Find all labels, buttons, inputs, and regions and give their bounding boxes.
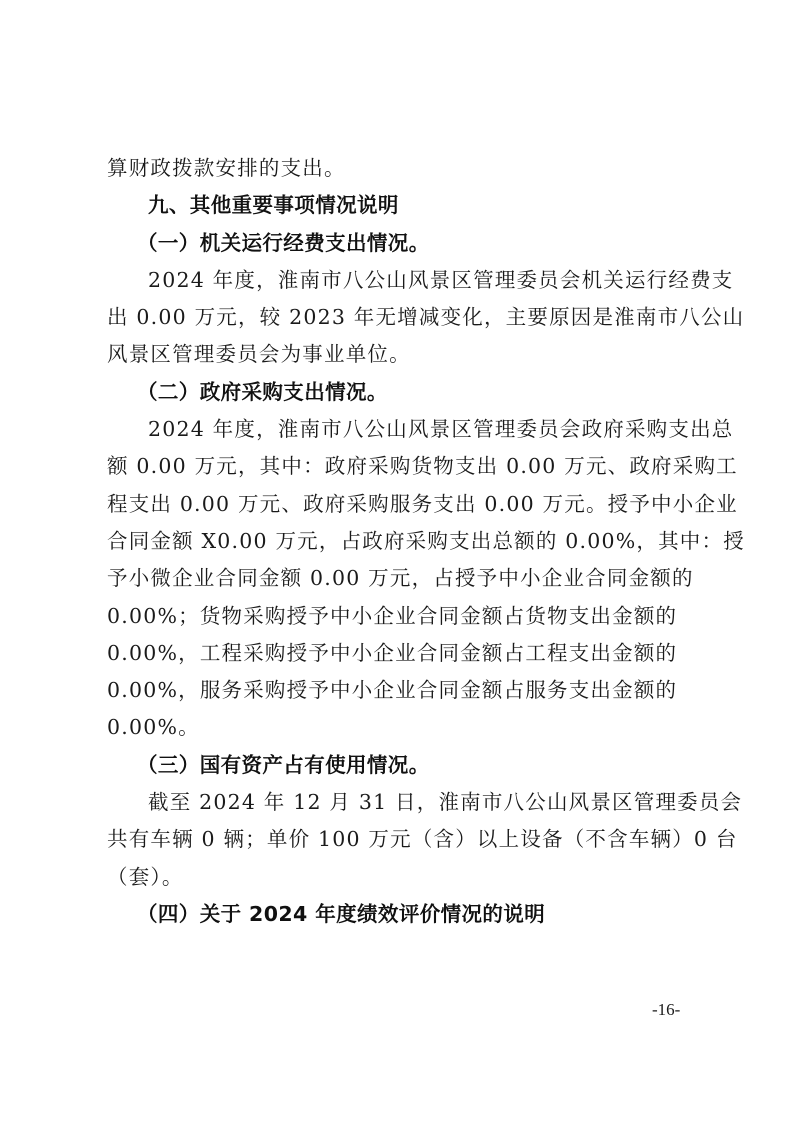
body-line: 0.00%；货物采购授予中小企业合同金额占货物支出金额的 <box>107 598 693 635</box>
body-line: 算财政拨款安排的支出。 <box>107 150 693 187</box>
sub-heading-performance-evaluation: （四）关于 2024 年度绩效评价情况的说明 <box>107 896 693 933</box>
body-line: 风景区管理委员会为事业单位。 <box>107 336 693 373</box>
body-line: 额 0.00 万元，其中：政府采购货物支出 0.00 万元、政府采购工 <box>107 448 693 485</box>
body-line: 0.00%，服务采购授予中小企业合同金额占服务支出金额的 <box>107 672 693 709</box>
body-line: 予小微企业合同金额 0.00 万元，占授予中小企业合同金额的 <box>107 560 693 597</box>
body-line: 0.00%。 <box>107 709 693 746</box>
body-line: 0.00%，工程采购授予中小企业合同金额占工程支出金额的 <box>107 635 693 672</box>
sub-heading-government-procurement: （二）政府采购支出情况。 <box>107 374 693 411</box>
body-line: 共有车辆 0 辆；单价 100 万元（含）以上设备（不含车辆）0 台 <box>107 821 693 858</box>
body-line: 出 0.00 万元，较 2023 年无增减变化，主要原因是淮南市八公山 <box>107 299 693 336</box>
document-page: 算财政拨款安排的支出。 九、其他重要事项情况说明 （一）机关运行经费支出情况。 … <box>107 150 693 933</box>
section-heading-other-matters: 九、其他重要事项情况说明 <box>107 187 693 224</box>
body-line: 2024 年度，淮南市八公山风景区管理委员会政府采购支出总 <box>107 411 693 448</box>
body-line: 程支出 0.00 万元、政府采购服务支出 0.00 万元。授予中小企业 <box>107 486 693 523</box>
sub-heading-operating-expenses: （一）机关运行经费支出情况。 <box>107 225 693 262</box>
body-line: 2024 年度，淮南市八公山风景区管理委员会机关运行经费支 <box>107 262 693 299</box>
body-line: 合同金额 X0.00 万元，占政府采购支出总额的 0.00%，其中：授 <box>107 523 693 560</box>
body-line: （套）。 <box>107 859 693 896</box>
page-number: -16- <box>652 1000 680 1020</box>
body-line: 截至 2024 年 12 月 31 日，淮南市八公山风景区管理委员会 <box>107 784 693 821</box>
sub-heading-state-assets: （三）国有资产占有使用情况。 <box>107 747 693 784</box>
